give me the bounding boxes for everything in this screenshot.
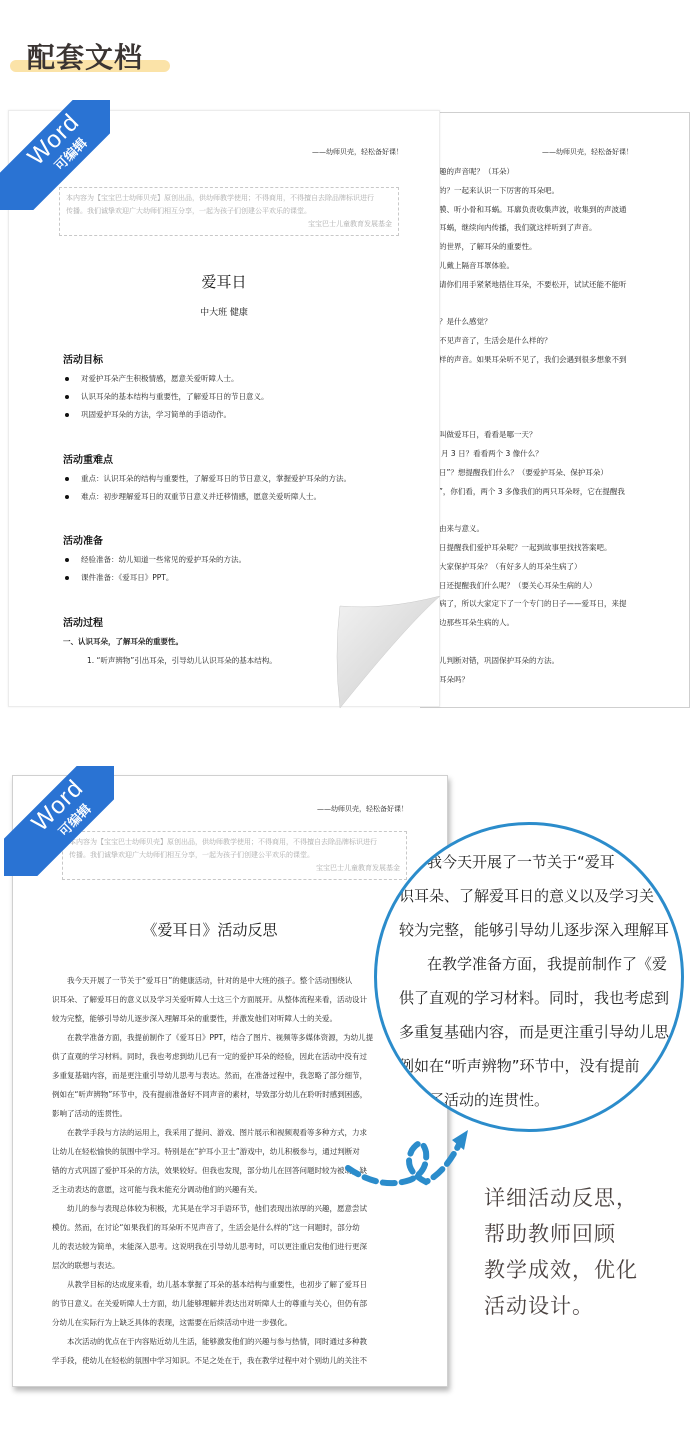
back-page-text: 样有趣的声音呢？（耳朵）声音的？一起来认识一下厉害的耳朵吧。、鼓膜、听小骨和耳蜗… — [424, 163, 627, 689]
slogan: ——幼师贝壳，轻松备好课！ — [312, 147, 403, 157]
preparation-list: 经验准备：幼儿知道一些常见的爱护耳朵的方法。 课件准备：《爱耳日》PPT。 — [63, 551, 246, 587]
reflection-line: 多重复基础内容，而是更注重引导幼儿思考与表达。然而，在准备过程中，我忽略了部分细… — [52, 1066, 412, 1085]
back-page-line: 耳日”，你们看，两个 3 多像我们的两只耳朵呀，它在提醒我 — [424, 483, 627, 502]
reflection-line: 从教学目标的达成度来看，幼儿基本掌握了耳朵的基本结构与重要性，也初步了解了爱耳日 — [52, 1275, 412, 1294]
reflection-line: 在教学准备方面，我提前制作了《爱耳日》PPT，结合了图片、视频等多媒体资源，为幼… — [52, 1028, 412, 1047]
notice-line: 传播。我们诚挚欢迎广大幼师们相互分享，一起为孩子们创建公平欢乐的课堂。 — [69, 849, 400, 862]
slogan: ——幼师贝壳，轻松备好课！ — [542, 147, 633, 157]
caption-line: 教学成效，优化 — [484, 1252, 638, 1288]
goals-list: 对爱护耳朵产生积极情感，愿意关爱听障人士。 认识耳朵的基本结构与重要性，了解爱耳… — [63, 370, 269, 424]
reflection-line: 识耳朵、了解爱耳日的意义以及学习关爱听障人士这三个方面展开。从整体流程来看，活动… — [52, 990, 412, 1009]
back-page-line: 话吗？是什么感觉？ — [424, 313, 627, 332]
notice-line: 本内容为【宝宝巴士幼师贝壳】原创出品，供幼师教学使用；不得商用，不得擅自去除品牌… — [69, 836, 400, 849]
reflection-line: 本次活动的优点在于内容贴近幼儿生活，能够激发他们的兴趣与参与热情，同时通过多种教 — [52, 1332, 412, 1351]
notice-signature: 宝宝巴士儿童教育发展基金 — [69, 862, 400, 875]
back-page-line — [424, 389, 627, 408]
list-item: 难点：初步理解爱耳日的双重节日意义并迁移情感，愿意关爱听障人士。 — [63, 488, 351, 506]
reflection-line: 供了直观的学习材料。同时，我也考虑到幼儿已有一定的爱护耳朵的经验，因此在活动中没… — [52, 1047, 412, 1066]
heading-preparation: 活动准备 — [63, 532, 103, 547]
magnified-line: 识耳朵、了解爱耳日的意义以及学习关 — [399, 879, 669, 913]
caption-line: 活动设计。 — [484, 1288, 638, 1324]
back-page-line: 在 3 月 3 日？看看两个 3 像什么？ — [424, 445, 627, 464]
reflection-line: 较为完整，能够引导幼儿逐步深入理解耳朵的重要性，并激发他们对听障人士的关爱。 — [52, 1009, 412, 1028]
document-title: 爱耳日 — [9, 271, 439, 292]
page-curl-icon — [336, 596, 446, 708]
copyright-notice: 本内容为【宝宝巴士幼师贝壳】原创出品，供幼师教学使用；不得商用，不得擅自去除品牌… — [59, 187, 399, 236]
reflection-line: 的节日意义。在关爱听障人士方面，幼儿能够理解并表达出对听障人士的尊重与关心，但仍… — [52, 1294, 412, 1313]
list-item: 认识耳朵的基本结构与重要性，了解爱耳日的节日意义。 — [63, 388, 269, 406]
section-title-text: 配套文档 — [27, 36, 143, 76]
back-page-line: 爱耳日”？想提醒我们什么？（要爱护耳朵、保护耳朵） — [424, 464, 627, 483]
caption-line: 详细活动反思， — [484, 1180, 638, 1216]
back-page-line: 提醒大家保护耳朵？（有好多人的耳朵生病了） — [424, 558, 627, 577]
process-step: 一、认识耳朵，了解耳朵的重要性。 — [63, 636, 183, 647]
reflection-line: 层次的联想与表达。 — [52, 1256, 412, 1275]
back-page-line: 无声的世界，了解耳朵的重要性。 — [424, 238, 627, 257]
magnified-text: 我今天开展了一节关于“爱耳识耳朵、了解爱耳日的意义以及学习关较为完整，能够引导幼… — [399, 845, 669, 1117]
back-page-line: 样有趣的声音呢？（耳朵） — [424, 163, 627, 182]
list-item: 课件准备：《爱耳日》PPT。 — [63, 569, 246, 587]
back-page-line: 、鼓膜、听小骨和耳蜗。耳廓负责收集声波，收集到的声波通 — [424, 201, 627, 220]
back-page-line: ，幼儿判断对错，巩固保护耳朵的方法。 — [424, 652, 627, 671]
reflection-line: 分幼儿在实际行为上缺乏具体的表现，这需要在后续活动中进一步强化。 — [52, 1313, 412, 1332]
process-substep: 1. “听声辨物”引出耳朵，引导幼儿认识耳朵的基本结构。 — [87, 655, 277, 666]
slogan: ——幼师贝壳，轻松备好课！ — [317, 804, 408, 814]
back-page-line: 心身边那些耳朵生病的人。 — [424, 614, 627, 633]
back-page-line — [424, 633, 627, 652]
back-page-line: 日。 — [424, 407, 627, 426]
reflection-line: 模仿。然而，在讨论“如果我们的耳朵听不见声音了，生活会是什么样的”这一问题时，部… — [52, 1218, 412, 1237]
document-title: 《爱耳日》活动反思 — [12, 919, 427, 940]
heading-key-points: 活动重难点 — [63, 451, 113, 466]
magnified-line: 较为完整，能够引导幼儿逐步深入理解耳 — [399, 913, 669, 947]
reflection-line: 学手段，使幼儿在轻松的氛围中学习知识。不足之处在于，我在教学过程中对个别幼儿的关… — [52, 1351, 412, 1370]
back-page-line: 日，叫做爱耳日，看看是哪一天？ — [424, 426, 627, 445]
list-item: 巩固爱护耳朵的方法，学习简单的手语动作。 — [63, 406, 269, 424]
magnified-line: 我今天开展了一节关于“爱耳 — [399, 845, 669, 879]
back-page-line: 骨和耳蜗，继续向内传播，我们就这样听到了声音。 — [424, 219, 627, 238]
back-page-line: 呢？请你们用手紧紧地捂住耳朵，不要松开，试试还能不能听 — [424, 276, 627, 295]
back-page-line — [424, 295, 627, 314]
back-page-line — [424, 501, 627, 520]
magnified-line: 影响了活动的连贯性。 — [399, 1083, 669, 1117]
magnified-line: 例如在“听声辨物”环节中，没有提前 — [399, 1049, 669, 1083]
feature-caption: 详细活动反思，帮助教师回顾教学成效，优化活动设计。 — [484, 1180, 638, 1324]
reflection-line: 我今天开展了一节关于“爱耳日”的健康活动，针对的是中大班的孩子。整个活动围绕认 — [52, 971, 412, 990]
reflection-line: 影响了活动的连贯性。 — [52, 1104, 412, 1123]
notice-line: 本内容为【宝宝巴士幼师贝壳】原创出品，供幼师教学使用；不得商用，不得擅自去除品牌… — [66, 192, 392, 205]
section-title: 配套文档 — [10, 30, 170, 76]
notice-signature: 宝宝巴士儿童教育发展基金 — [66, 218, 392, 231]
reflection-line: 例如在“听声辨物”环节中，没有提前准备好不同声音的素材，导致部分幼儿在聆听时感到… — [52, 1085, 412, 1104]
key-points-list: 重点：认识耳朵的结构与重要性，了解爱耳日的节日意义，掌握爱护耳朵的方法。 难点：… — [63, 470, 351, 506]
word-editable-ribbon: Word 可编辑 — [4, 766, 114, 876]
document-subtitle: 中大班 健康 — [9, 305, 439, 318]
document-page-back: ——幼师贝壳，轻松备好课！ 样有趣的声音呢？（耳朵）声音的？一起来认识一下厉害的… — [420, 112, 690, 708]
word-editable-ribbon: Word 可编辑 — [0, 100, 110, 210]
magnified-line: 在教学准备方面，我提前制作了《爱 — [399, 947, 669, 981]
back-page-line: 请幼儿戴上隔音耳罩体验。 — [424, 257, 627, 276]
back-page-line: 个节日提醒我们爱护耳朵呢？一起到故事里找找答案吧。 — [424, 539, 627, 558]
dashed-arrow-icon — [340, 1130, 470, 1210]
back-page-line: 个节日还提醒我们什么呢？（要关心耳朵生病的人） — [424, 577, 627, 596]
magnifier-lens: 我今天开展了一节关于“爱耳识耳朵、了解爱耳日的意义以及学习关较为完整，能够引导幼… — [374, 822, 684, 1132]
caption-line: 帮助教师回顾 — [484, 1216, 638, 1252]
list-item: 重点：认识耳朵的结构与重要性，了解爱耳日的节日意义，掌握爱护耳朵的方法。 — [63, 470, 351, 488]
back-page-line: 朵听不见声音了，生活会是什么样的？ — [424, 332, 627, 351]
back-page-line: 保护耳朵吗？ — [424, 671, 627, 690]
list-item: 对爱护耳朵产生积极情感，愿意关爱听障人士。 — [63, 370, 269, 388]
magnified-line: 多重复基础内容，而是更注重引导幼儿思 — [399, 1015, 669, 1049]
heading-process: 活动过程 — [63, 614, 103, 629]
heading-goals: 活动目标 — [63, 351, 103, 366]
back-page-line: 日的由来与意义。 — [424, 520, 627, 539]
list-item: 经验准备：幼儿知道一些常见的爱护耳朵的方法。 — [63, 551, 246, 569]
reflection-line: 儿的表达较为简单，未能深入思考。这说明我在引导幼儿思考时，可以更注重启发他们进行… — [52, 1237, 412, 1256]
back-page-line: 朵生病了，所以大家定下了一个专门的日子——爱耳日，来提 — [424, 595, 627, 614]
back-page-line: 种各样的声音。如果耳朵听不见了，我们会遇到很多想象不到 — [424, 351, 627, 370]
back-page-line: 。 — [424, 370, 627, 389]
back-page-line: 声音的？一起来认识一下厉害的耳朵吧。 — [424, 182, 627, 201]
magnified-line: 供了直观的学习材料。同时，我也考虑到 — [399, 981, 669, 1015]
notice-line: 传播。我们诚挚欢迎广大幼师们相互分享，一起为孩子们创建公平欢乐的课堂。 — [66, 205, 392, 218]
